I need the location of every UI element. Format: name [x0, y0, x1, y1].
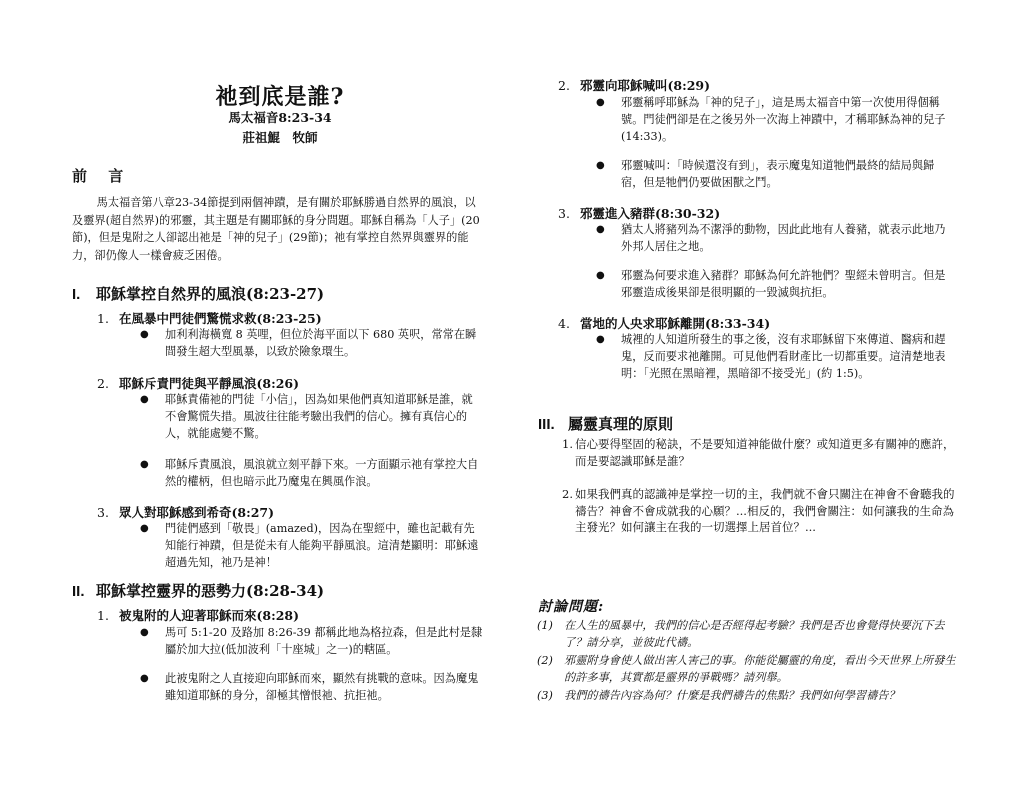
section-title: 耶穌掌控自然界的風浪(8:23-27)	[96, 285, 324, 303]
point-title: 邪靈進入豬群(8:30-32)	[580, 206, 720, 221]
bullet-text: 耶穌責備祂的門徒「小信」，因為如果他們真知道耶穌是誰，就不會驚慌失措。風波往往能…	[165, 391, 480, 442]
bullet-text: 邪靈為何要求進入豬群？耶穌為何允許牠們？聖經未曾明言。但是邪靈造成後果卻是很明顯…	[621, 267, 951, 301]
principle-number: 2.	[562, 486, 573, 503]
question-text: 我們的禱告內容為何？什麼是我們禱告的焦點？我們如何學習禱告？	[564, 688, 957, 705]
bullet-text: 邪靈喊叫：「時候還沒有到」，表示魔鬼知道牠們最終的結局與歸宿，但是牠們仍要做困獸…	[621, 157, 951, 191]
point-heading: 3.眾人對耶穌感到希奇(8:27)	[97, 503, 274, 521]
discussion-heading: 討論問題:	[538, 596, 604, 616]
scripture-reference: 馬太福音8:23-34	[170, 108, 390, 126]
section-numeral: III.	[538, 416, 568, 433]
point-heading: 2.耶穌斥責門徒與平靜風浪(8:26)	[97, 374, 299, 392]
bullet-dot-icon: ●	[140, 624, 149, 641]
point-heading: 1.在風暴中門徒們驚慌求救(8:23-25)	[97, 309, 322, 327]
intro-paragraph: 馬太福音第八章23-34節提到兩個神蹟，是有關於耶穌勝過自然界的風浪，以及靈界(…	[72, 194, 482, 264]
point-number: 3.	[558, 206, 580, 221]
author-name: 莊祖鯤 牧師	[170, 128, 390, 146]
bullet-text: 馬可 5:1-20 及路加 8:26-39 都稱此地為格拉森，但是此村是隸屬於加…	[165, 624, 485, 658]
question-number: (2)	[537, 653, 553, 670]
point-heading: 4.當地的人央求耶穌離開(8:33-34)	[558, 314, 770, 332]
principle-text: 如果我們真的認識神是掌控一切的主，我們就不會只關注在神會不會聽我的禱告？神會不會…	[575, 486, 960, 536]
bullet-dot-icon: ●	[140, 391, 149, 408]
point-heading: 3.邪靈進入豬群(8:30-32)	[558, 204, 720, 222]
point-title: 被鬼附的人迎著耶穌而來(8:28)	[119, 608, 299, 623]
bullet-text: 猶太人將豬列為不潔淨的動物，因此此地有人養豬，就表示此地乃外邦人居住之地。	[621, 221, 951, 255]
bullet-dot-icon: ●	[140, 456, 149, 473]
point-title: 耶穌斥責門徒與平靜風浪(8:26)	[119, 376, 299, 391]
bullet-dot-icon: ●	[596, 157, 605, 174]
bullet-dot-icon: ●	[140, 326, 149, 343]
section-title: 耶穌掌控靈界的惡勢力(8:28-34)	[96, 582, 324, 600]
bullet-text: 耶穌斥責風浪，風浪就立刻平靜下來。一方面顯示祂有掌控大自然的權柄，但也暗示此乃魔…	[165, 456, 480, 490]
section-numeral: II.	[72, 583, 96, 600]
point-number: 3.	[97, 505, 119, 520]
bullet-dot-icon: ●	[596, 267, 605, 284]
point-number: 4.	[558, 316, 580, 331]
intro-heading: 前 言	[72, 165, 131, 186]
bullet-dot-icon: ●	[596, 221, 605, 238]
point-heading: 2.邪靈向耶穌喊叫(8:29)	[558, 76, 710, 94]
point-title: 當地的人央求耶穌離開(8:33-34)	[580, 316, 770, 331]
principle-number: 1.	[562, 436, 573, 453]
point-title: 在風暴中門徒們驚慌求救(8:23-25)	[119, 311, 322, 326]
question-text: 邪靈附身會使人做出害人害己的事。你能從屬靈的角度，看出今天世界上所發生的許多事，…	[564, 653, 957, 686]
bullet-dot-icon: ●	[140, 670, 149, 687]
bullet-dot-icon: ●	[596, 94, 605, 111]
point-number: 2.	[558, 78, 580, 93]
question-text: 在人生的風暴中，我們的信心是否經得起考驗？我們是否也會覺得快要沉下去了？請分享，…	[564, 618, 957, 651]
bullet-dot-icon: ●	[596, 331, 605, 348]
bullet-text: 門徒們感到「敬畏」(amazed)，因為在聖經中，雖也記載有先知能行神蹟，但是從…	[165, 520, 480, 571]
section-heading-3: III.屬靈真理的原則	[538, 413, 673, 434]
bullet-text: 加利利海橫寬 8 英哩，但位於海平面以下 680 英呎，常常在瞬間發生超大型風暴…	[165, 326, 480, 360]
bullet-text: 城裡的人知道所發生的事之後，沒有求耶穌留下來傳道、醫病和趕鬼，反而要求祂離開。可…	[621, 331, 956, 382]
point-heading: 1.被鬼附的人迎著耶穌而來(8:28)	[97, 606, 299, 624]
document-title: 祂到底是誰?	[200, 80, 360, 111]
section-heading-2: II.耶穌掌控靈界的惡勢力(8:28-34)	[72, 580, 324, 601]
question-number: (1)	[537, 618, 553, 635]
point-number: 2.	[97, 376, 119, 391]
bullet-text: 邪靈稱呼耶穌為「神的兒子」，這是馬太福音中第一次使用得個稱號。門徒們卻是在之後另…	[621, 94, 951, 145]
bullet-text: 此被鬼附之人直接迎向耶穌而來，顯然有挑戰的意味。因為魔鬼雖知道耶穌的身分，卻極其…	[165, 670, 485, 704]
bullet-dot-icon: ●	[140, 520, 149, 537]
point-title: 邪靈向耶穌喊叫(8:29)	[580, 78, 710, 93]
point-number: 1.	[97, 608, 119, 623]
question-number: (3)	[537, 688, 553, 705]
point-title: 眾人對耶穌感到希奇(8:27)	[119, 505, 274, 520]
section-heading-1: I.耶穌掌控自然界的風浪(8:23-27)	[72, 283, 324, 304]
point-number: 1.	[97, 311, 119, 326]
section-numeral: I.	[72, 286, 96, 303]
section-title: 屬靈真理的原則	[568, 415, 673, 433]
principle-text: 信心要得堅固的秘訣，不是要知道神能做什麼？或知道更多有關神的應許，而是要認識耶穌…	[575, 436, 960, 469]
